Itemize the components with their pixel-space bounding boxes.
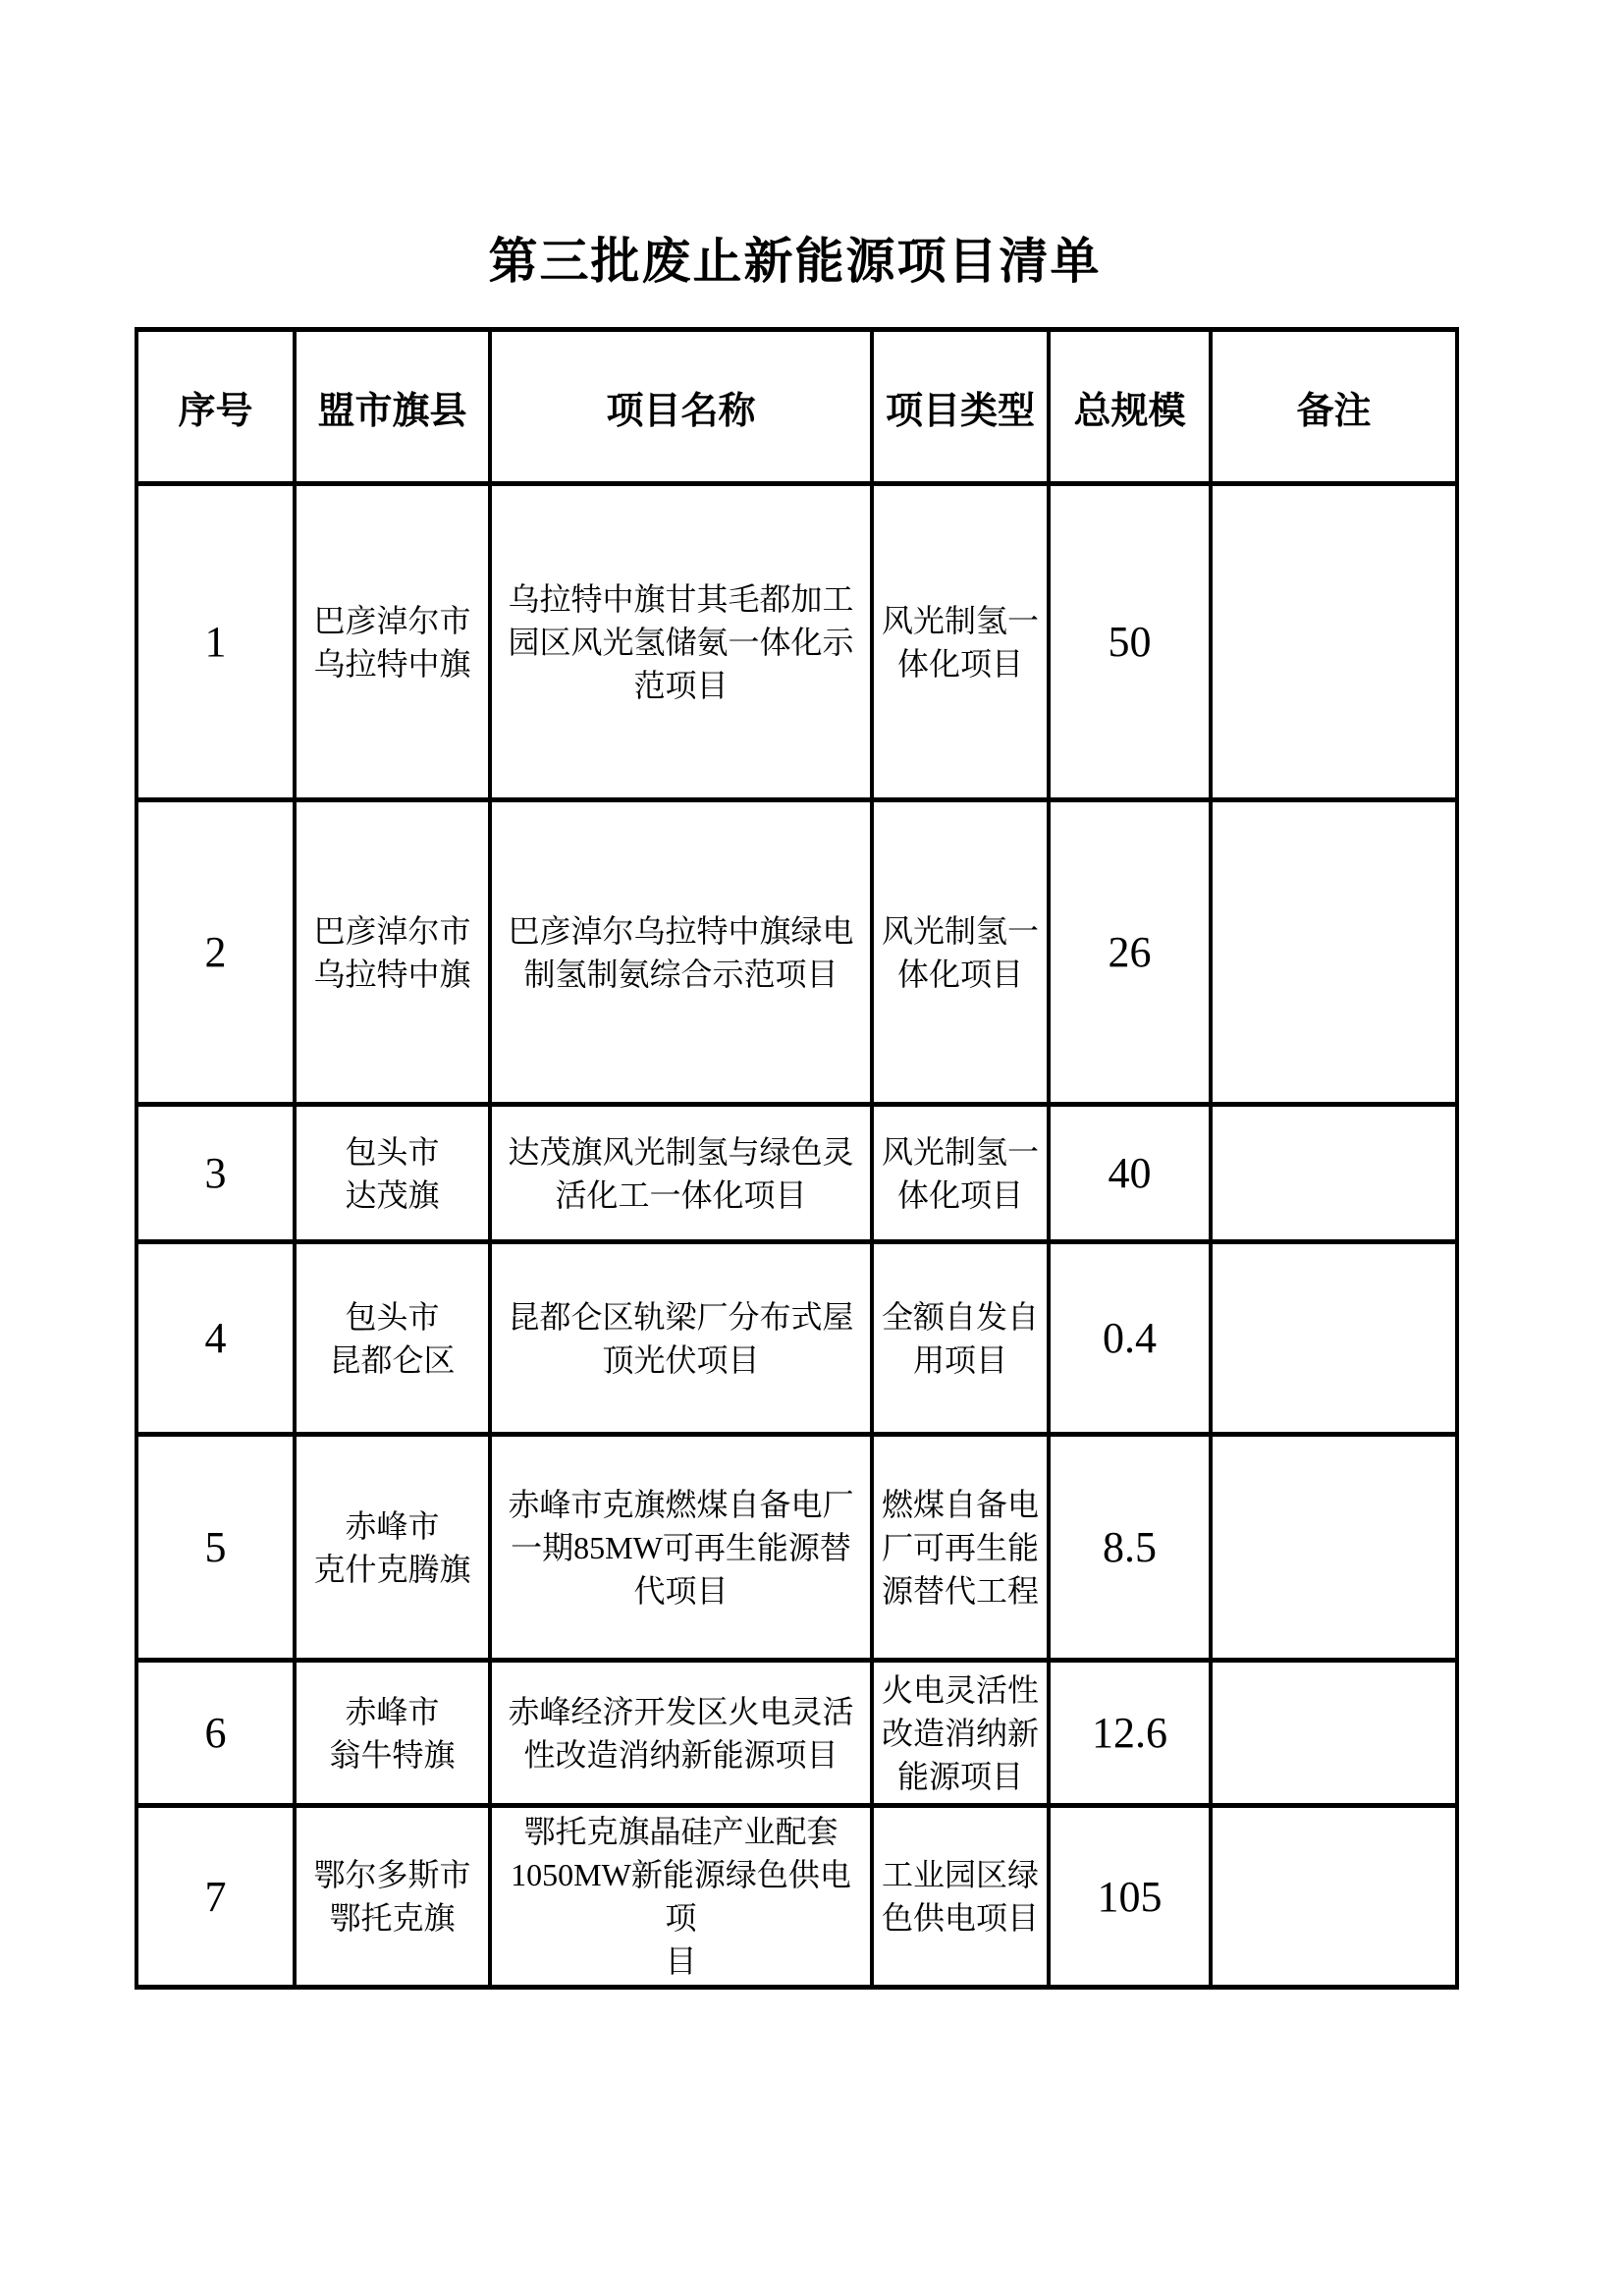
cell-region: 巴彦淖尔市 乌拉特中旗: [295, 484, 490, 800]
header-cell-no: 序号: [136, 330, 295, 484]
table-row: 5 赤峰市 克什克腾旗 赤峰市克旗燃煤自备电厂 一期85MW可再生能源替 代项目…: [136, 1435, 1457, 1661]
cell-type: 工业园区绿 色供电项目: [872, 1806, 1049, 1988]
cell-name: 达茂旗风光制氢与绿色灵 活化工一体化项目: [490, 1105, 872, 1242]
cell-scale: 0.4: [1049, 1242, 1211, 1435]
cell-no: 2: [136, 800, 295, 1105]
cell-note: [1211, 1806, 1457, 1988]
table-row: 6 赤峰市 翁牛特旗 赤峰经济开发区火电灵活 性改造消纳新能源项目 火电灵活性 …: [136, 1661, 1457, 1806]
cell-name: 赤峰经济开发区火电灵活 性改造消纳新能源项目: [490, 1661, 872, 1806]
table-row: 1 巴彦淖尔市 乌拉特中旗 乌拉特中旗甘其毛都加工 园区风光氢储氨一体化示 范项…: [136, 484, 1457, 800]
cell-name: 昆都仑区轨梁厂分布式屋 顶光伏项目: [490, 1242, 872, 1435]
cell-name: 赤峰市克旗燃煤自备电厂 一期85MW可再生能源替 代项目: [490, 1435, 872, 1661]
table-body: 1 巴彦淖尔市 乌拉特中旗 乌拉特中旗甘其毛都加工 园区风光氢储氨一体化示 范项…: [136, 484, 1457, 1988]
cell-scale: 12.6: [1049, 1661, 1211, 1806]
cell-scale: 40: [1049, 1105, 1211, 1242]
cell-type: 风光制氢一 体化项目: [872, 484, 1049, 800]
cell-no: 1: [136, 484, 295, 800]
cell-type: 全额自发自 用项目: [872, 1242, 1049, 1435]
cell-note: [1211, 1105, 1457, 1242]
document-page: { "page": { "title": "第三批废止新能源项目清单" }, "…: [0, 0, 1623, 2296]
table-row: 4 包头市 昆都仑区 昆都仑区轨梁厂分布式屋 顶光伏项目 全额自发自 用项目 0…: [136, 1242, 1457, 1435]
cell-no: 5: [136, 1435, 295, 1661]
table-row: 3 包头市 达茂旗 达茂旗风光制氢与绿色灵 活化工一体化项目 风光制氢一 体化项…: [136, 1105, 1457, 1242]
cell-region: 赤峰市 克什克腾旗: [295, 1435, 490, 1661]
header-cell-note: 备注: [1211, 330, 1457, 484]
header-cell-region: 盟市旗县: [295, 330, 490, 484]
table-row: 7 鄂尔多斯市 鄂托克旗 鄂托克旗晶硅产业配套 1050MW新能源绿色供电项 目…: [136, 1806, 1457, 1988]
table-row: 2 巴彦淖尔市 乌拉特中旗 巴彦淖尔乌拉特中旗绿电 制氢制氨综合示范项目 风光制…: [136, 800, 1457, 1105]
cell-name: 鄂托克旗晶硅产业配套 1050MW新能源绿色供电项 目: [490, 1806, 872, 1988]
header-row: 序号 盟市旗县 项目名称 项目类型 总规模 备注: [136, 330, 1457, 484]
cell-name: 乌拉特中旗甘其毛都加工 园区风光氢储氨一体化示 范项目: [490, 484, 872, 800]
cell-note: [1211, 1661, 1457, 1806]
cell-type: 风光制氢一 体化项目: [872, 800, 1049, 1105]
cell-scale: 26: [1049, 800, 1211, 1105]
cell-no: 3: [136, 1105, 295, 1242]
header-cell-type: 项目类型: [872, 330, 1049, 484]
cell-scale: 50: [1049, 484, 1211, 800]
cell-note: [1211, 1242, 1457, 1435]
table-header: 序号 盟市旗县 项目名称 项目类型 总规模 备注: [136, 330, 1457, 484]
cell-note: [1211, 1435, 1457, 1661]
cell-region: 鄂尔多斯市 鄂托克旗: [295, 1806, 490, 1988]
cell-note: [1211, 800, 1457, 1105]
header-cell-name: 项目名称: [490, 330, 872, 484]
cell-type: 燃煤自备电 厂可再生能 源替代工程: [872, 1435, 1049, 1661]
cell-type: 风光制氢一 体化项目: [872, 1105, 1049, 1242]
cell-scale: 105: [1049, 1806, 1211, 1988]
projects-table: 序号 盟市旗县 项目名称 项目类型 总规模 备注 1 巴彦淖尔市 乌拉特中旗 乌…: [135, 327, 1459, 1990]
cell-no: 4: [136, 1242, 295, 1435]
cell-name: 巴彦淖尔乌拉特中旗绿电 制氢制氨综合示范项目: [490, 800, 872, 1105]
page-title: 第三批废止新能源项目清单: [135, 222, 1455, 293]
cell-no: 6: [136, 1661, 295, 1806]
cell-no: 7: [136, 1806, 295, 1988]
header-cell-scale: 总规模: [1049, 330, 1211, 484]
cell-region: 巴彦淖尔市 乌拉特中旗: [295, 800, 490, 1105]
cell-region: 赤峰市 翁牛特旗: [295, 1661, 490, 1806]
cell-scale: 8.5: [1049, 1435, 1211, 1661]
cell-note: [1211, 484, 1457, 800]
cell-type: 火电灵活性 改造消纳新 能源项目: [872, 1661, 1049, 1806]
cell-region: 包头市 达茂旗: [295, 1105, 490, 1242]
cell-region: 包头市 昆都仑区: [295, 1242, 490, 1435]
